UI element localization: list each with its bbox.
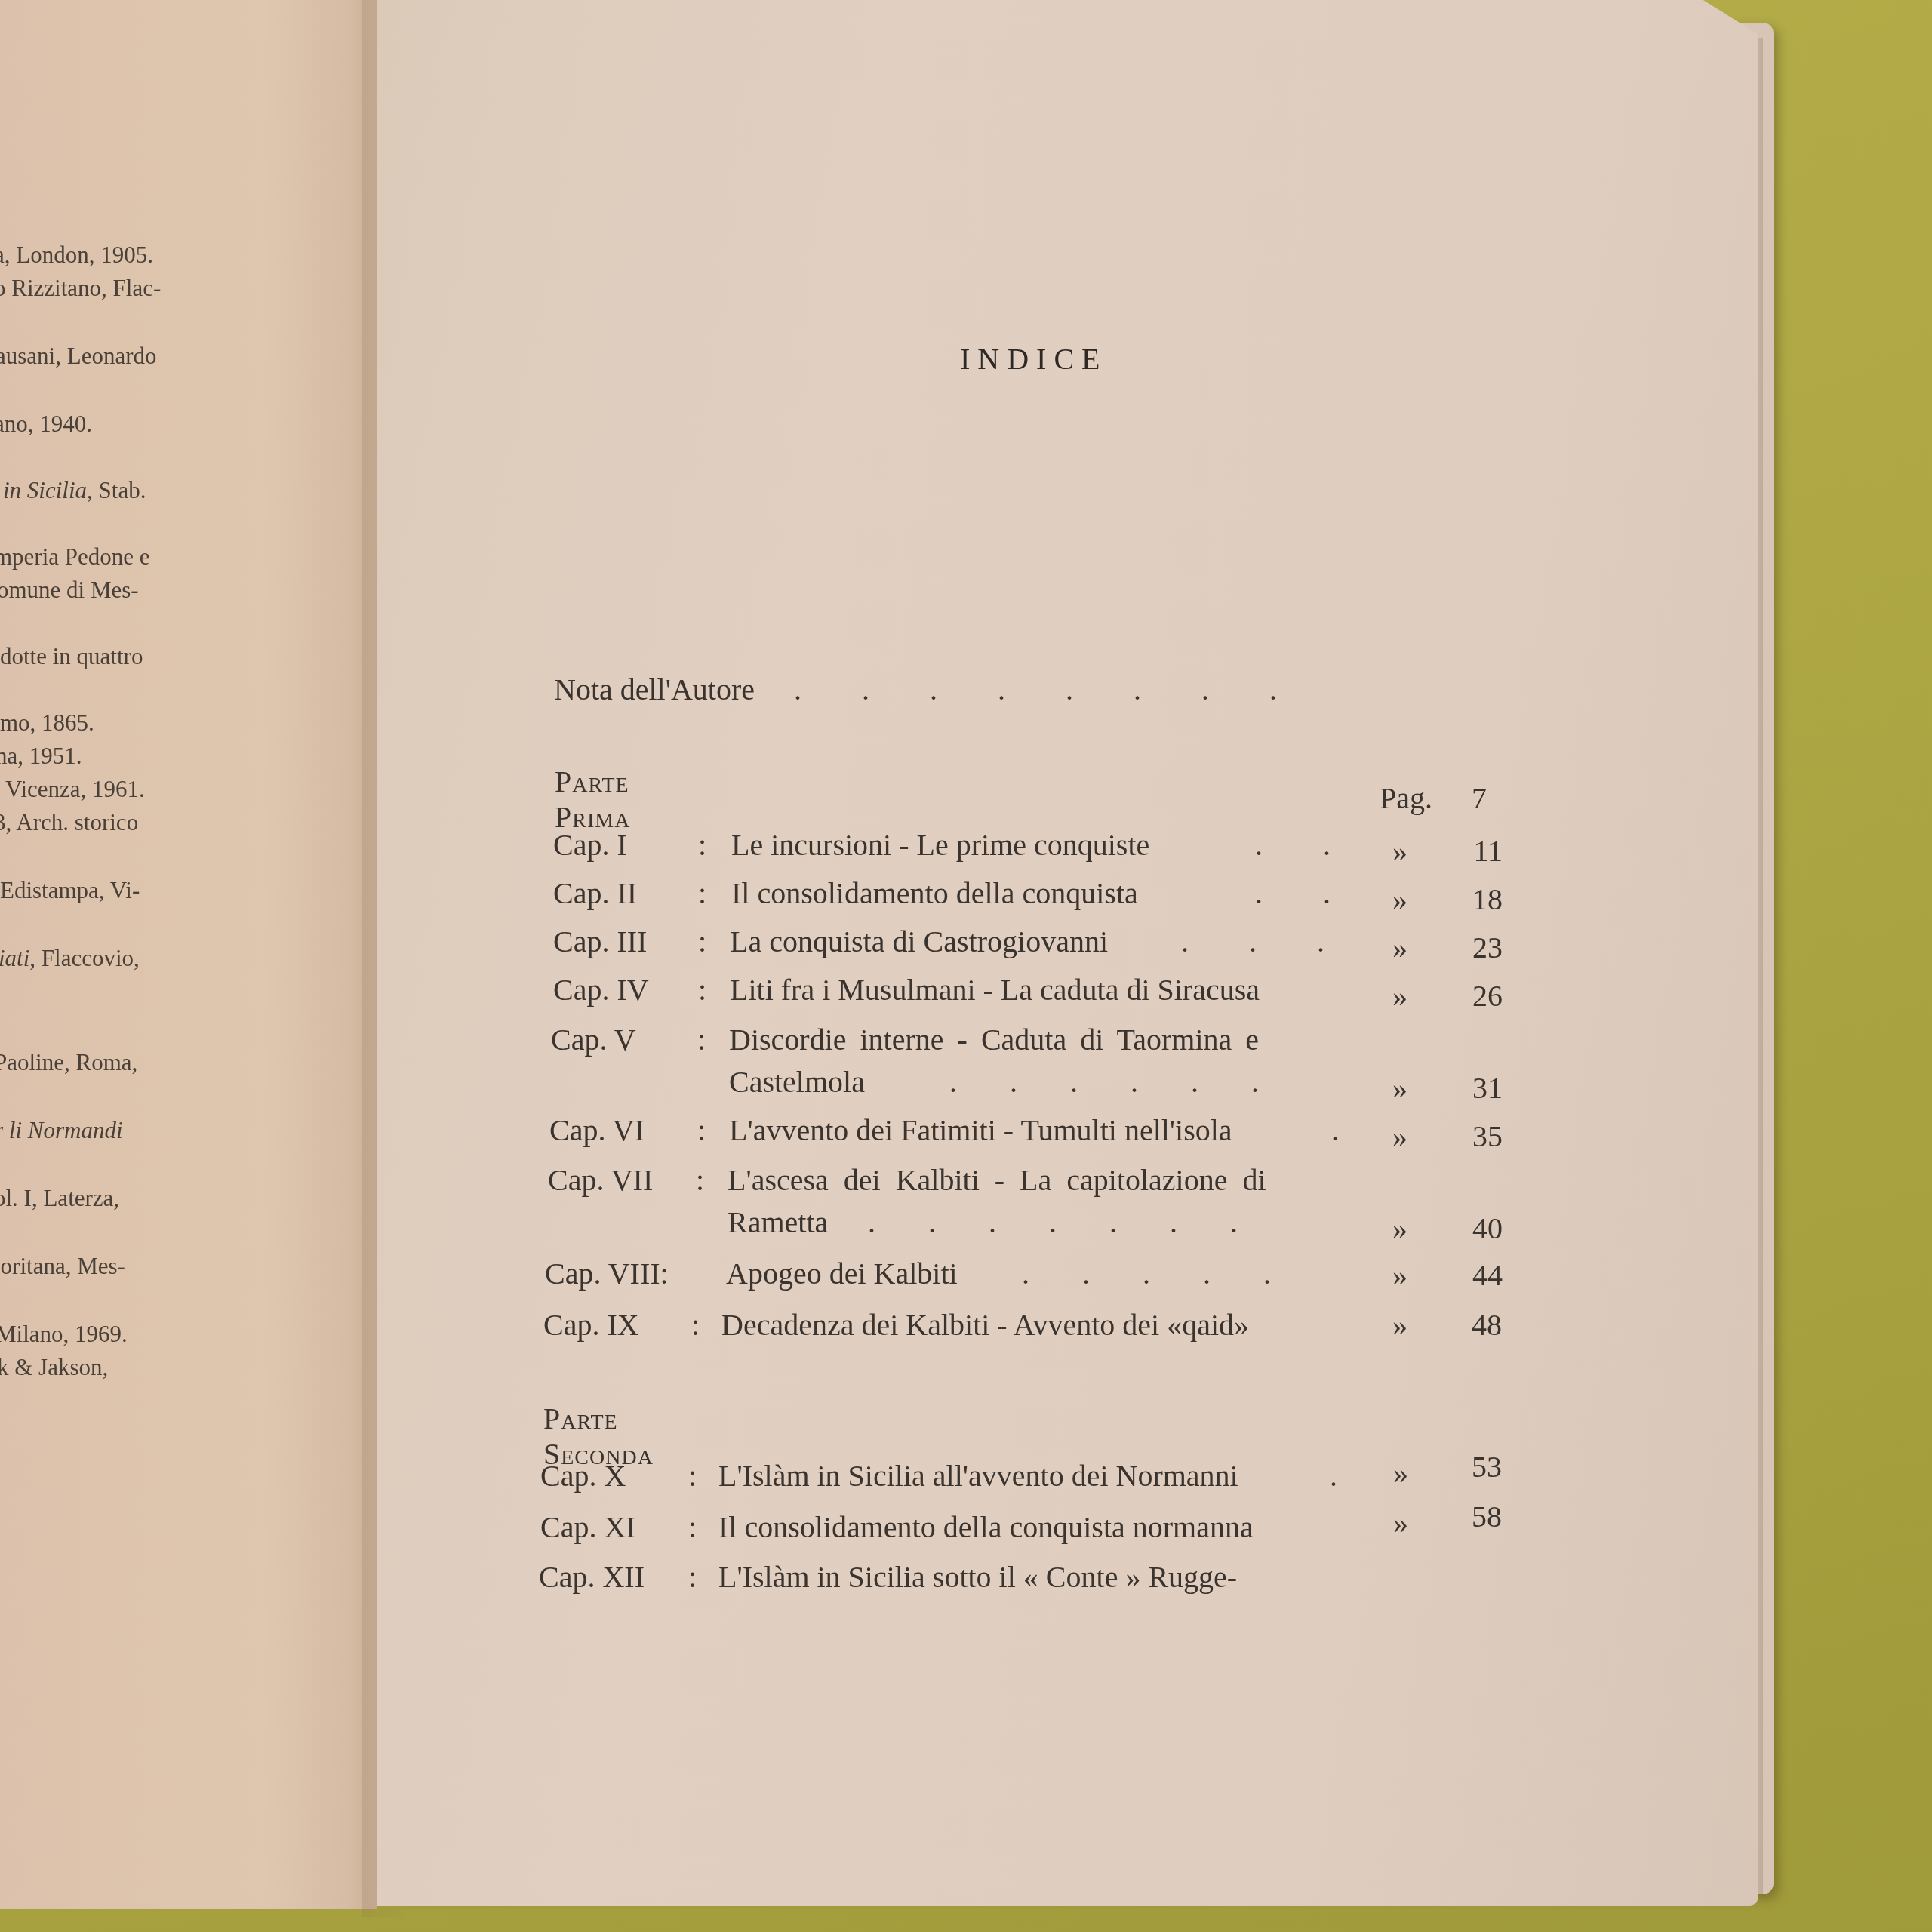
bib-line: , Vicenza, 1961. [0, 773, 145, 806]
toc-entry-title: Liti fra i Musulmani - La caduta di Sira… [730, 972, 1260, 1008]
toc-entry-title: Discordie interne - Caduta di Taormina e [729, 1022, 1259, 1057]
toc-entry-title: Decadenza dei Kalbiti - Avvento dei «qai… [721, 1307, 1249, 1343]
toc-entry-title: L'avvento dei Fatimiti - Tumulti nell'is… [729, 1112, 1232, 1148]
bib-line: omune di Mes- [0, 574, 139, 607]
chapter-number: Cap. VIII: [545, 1256, 669, 1291]
chapter-number: Cap. V [551, 1022, 636, 1057]
toc-page-number: 7 [1472, 780, 1487, 816]
ditto-mark: » [1392, 833, 1407, 869]
leader-dots: . . [1255, 827, 1331, 863]
ditto-mark: » [1392, 1307, 1407, 1343]
toc-entry-title: Apogeo dei Kalbiti [726, 1256, 958, 1291]
bib-line: ausani, Leonardo [0, 340, 156, 373]
bib-line: Edistampa, Vi- [0, 874, 140, 907]
toc-entry-title: Il consolidamento della conquista norman… [718, 1509, 1254, 1545]
bib-line: o Rizzitano, Flac- [0, 272, 161, 305]
ditto-mark: » [1392, 978, 1407, 1014]
leader-dots: . . . [1181, 924, 1324, 959]
toc-page-number: 11 [1450, 833, 1503, 869]
chapter-number: Cap. IV [553, 972, 649, 1008]
leader-dots: . [1331, 1112, 1339, 1148]
chapter-number: Cap. VI [549, 1112, 645, 1148]
leader-dots: . . . . . . . [868, 1204, 1238, 1240]
chapter-number: Cap. II [553, 875, 637, 911]
bib-line: ol. I, Laterza, [0, 1182, 119, 1215]
ditto-mark: » [1393, 1455, 1408, 1491]
bib-line: iati, Flaccovio, [0, 942, 140, 975]
ditto-mark: » [1392, 881, 1407, 917]
toc-page-number: 26 [1450, 978, 1503, 1014]
chapter-number: Cap. I [553, 827, 627, 863]
bib-line: loritana, Mes- [0, 1250, 125, 1283]
toc-entry-title: L'Islàm in Sicilia all'avvento dei Norma… [718, 1458, 1238, 1494]
toc-entry-title: L'Islàm in Sicilia sotto il « Conte » Ru… [718, 1559, 1237, 1595]
leader-dots: . . . . . [1022, 1256, 1271, 1291]
toc-entry-title: La conquista di Castrogiovanni [730, 924, 1108, 959]
page-title: INDICE [960, 341, 1108, 377]
toc-page-number: 18 [1450, 881, 1503, 917]
ditto-mark: » [1392, 1211, 1407, 1246]
leader-dots: . . [1255, 875, 1331, 911]
chapter-number: Cap. XII [539, 1559, 645, 1595]
toc-page-number: 58 [1449, 1499, 1502, 1534]
bib-line: mperia Pedone e [0, 540, 150, 574]
bib-line: a, London, 1905. [0, 238, 153, 272]
bib-line: mo, 1865. [0, 706, 94, 740]
toc-entry-title: Rametta [728, 1204, 828, 1240]
toc-page-number: 23 [1450, 930, 1503, 965]
toc-page-number: 44 [1450, 1257, 1503, 1293]
bib-line: Milano, 1969. [0, 1318, 128, 1351]
bib-line: ano, 1940. [0, 408, 92, 441]
leader-dots: . . . . . . . . [794, 672, 1277, 707]
chapter-number: Cap. VII [548, 1162, 653, 1198]
ditto-mark: » [1392, 1118, 1407, 1154]
chapter-number: Cap. XI [540, 1509, 636, 1545]
leader-dots: . . . . . . [949, 1064, 1259, 1100]
toc-page-number: 48 [1449, 1307, 1502, 1343]
bib-line: k & Jakson, [0, 1351, 108, 1384]
toc-entry-title: Nota dell'Autore [554, 672, 755, 707]
toc-page-number: 35 [1450, 1118, 1503, 1154]
toc-page-number: 31 [1450, 1070, 1503, 1106]
ditto-mark: » [1392, 1070, 1407, 1106]
toc-entry-title: Castelmola [729, 1064, 865, 1100]
bib-line: dotte in quattro [0, 640, 143, 673]
bib-line: na, 1951. [0, 740, 82, 773]
toc-entry-title: Le incursioni - Le prime conquiste [731, 827, 1149, 863]
part-heading: Parte Prima [555, 764, 630, 835]
toc-entry-title: Il consolidamento della conquista [731, 875, 1138, 911]
toc-page-number: 53 [1449, 1449, 1502, 1484]
ditto-mark: » [1392, 1257, 1407, 1293]
bib-line: r li Normandi [0, 1114, 123, 1147]
chapter-number: Cap. IX [543, 1307, 639, 1343]
ditto-mark: » [1392, 930, 1407, 965]
leader-dots: . [1330, 1458, 1337, 1494]
bib-line: in Sicilia, Stab. [3, 474, 146, 507]
page-column-label: Pag. [1380, 780, 1432, 816]
chapter-number: Cap. III [553, 924, 647, 959]
ditto-mark: » [1393, 1505, 1408, 1540]
bib-line: Paoline, Roma, [0, 1046, 137, 1079]
bib-line: 3, Arch. storico [0, 806, 138, 839]
chapter-number: Cap. X [540, 1458, 626, 1494]
toc-entry-title: L'ascesa dei Kalbiti - La capitolazione … [728, 1162, 1266, 1198]
toc-page-number: 40 [1450, 1211, 1503, 1246]
